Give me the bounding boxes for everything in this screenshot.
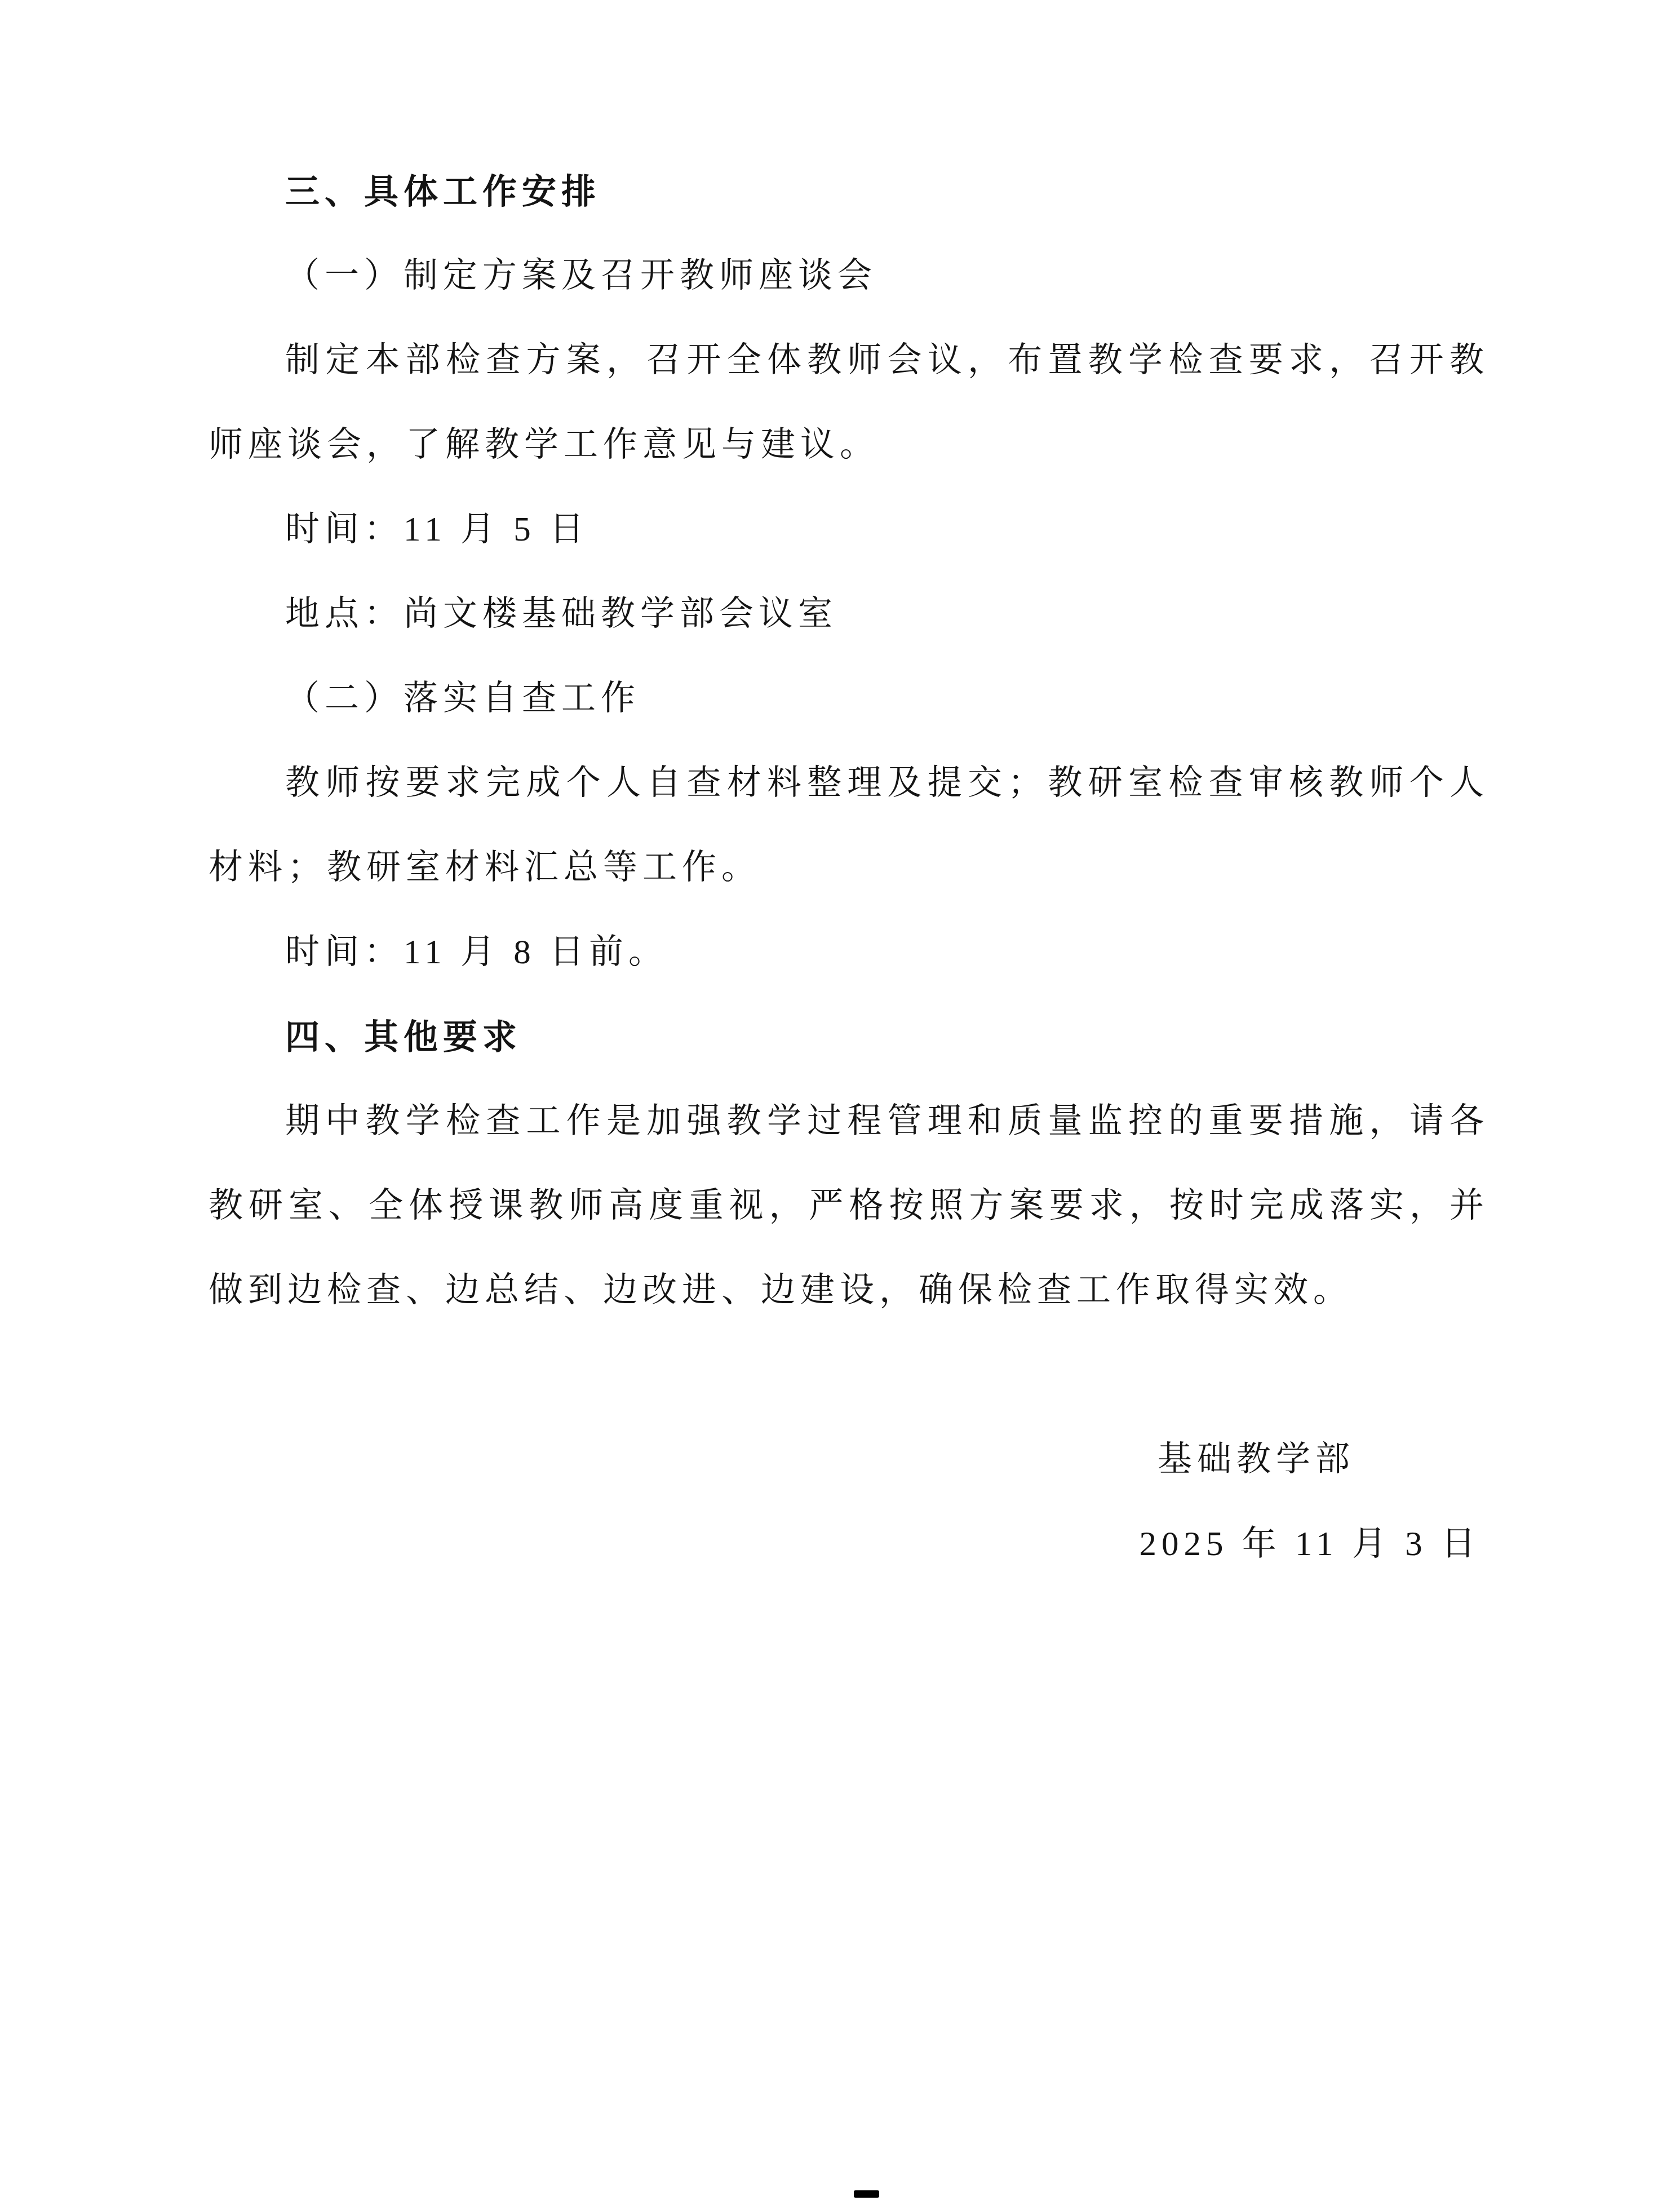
- text-line: 四、其他要求: [209, 995, 1489, 1079]
- text-line: 期中教学检查工作是加强教学过程管理和质量监控的重要措施，请各: [209, 1079, 1489, 1164]
- text-line: 制定本部检查方案，召开全体教师会议，布置教学检查要求，召开教: [209, 318, 1489, 403]
- text-line: 基础教学部: [209, 1418, 1489, 1502]
- text-line: 教师按要求完成个人自查材料整理及提交；教研室检查审核教师个人: [209, 741, 1489, 826]
- text-line: 2025 年 11 月 3 日: [209, 1502, 1489, 1587]
- text-line: 做到边检查、边总结、边改进、边建设，确保检查工作取得实效。: [209, 1248, 1489, 1333]
- text-line: [209, 1333, 1489, 1418]
- text-line: 材料；教研室材料汇总等工作。: [209, 826, 1489, 910]
- document-page: 三、具体工作安排（一）制定方案及召开教师座谈会制定本部检查方案，召开全体教师会议…: [0, 0, 1680, 2205]
- document-body: 三、具体工作安排（一）制定方案及召开教师座谈会制定本部检查方案，召开全体教师会议…: [209, 149, 1489, 1587]
- text-line: 教研室、全体授课教师高度重视，严格按照方案要求，按时完成落实，并: [209, 1164, 1489, 1248]
- text-line: （二）落实自查工作: [209, 657, 1489, 741]
- text-line: 师座谈会，了解教学工作意见与建议。: [209, 403, 1489, 488]
- text-line: 时间：11 月 8 日前。: [209, 910, 1489, 995]
- text-line: 地点：尚文楼基础教学部会议室: [209, 572, 1489, 657]
- text-line: 时间：11 月 5 日: [209, 488, 1489, 572]
- text-line: 三、具体工作安排: [209, 149, 1489, 234]
- text-line: （一）制定方案及召开教师座谈会: [209, 234, 1489, 318]
- page-number-dash: [854, 2190, 879, 2198]
